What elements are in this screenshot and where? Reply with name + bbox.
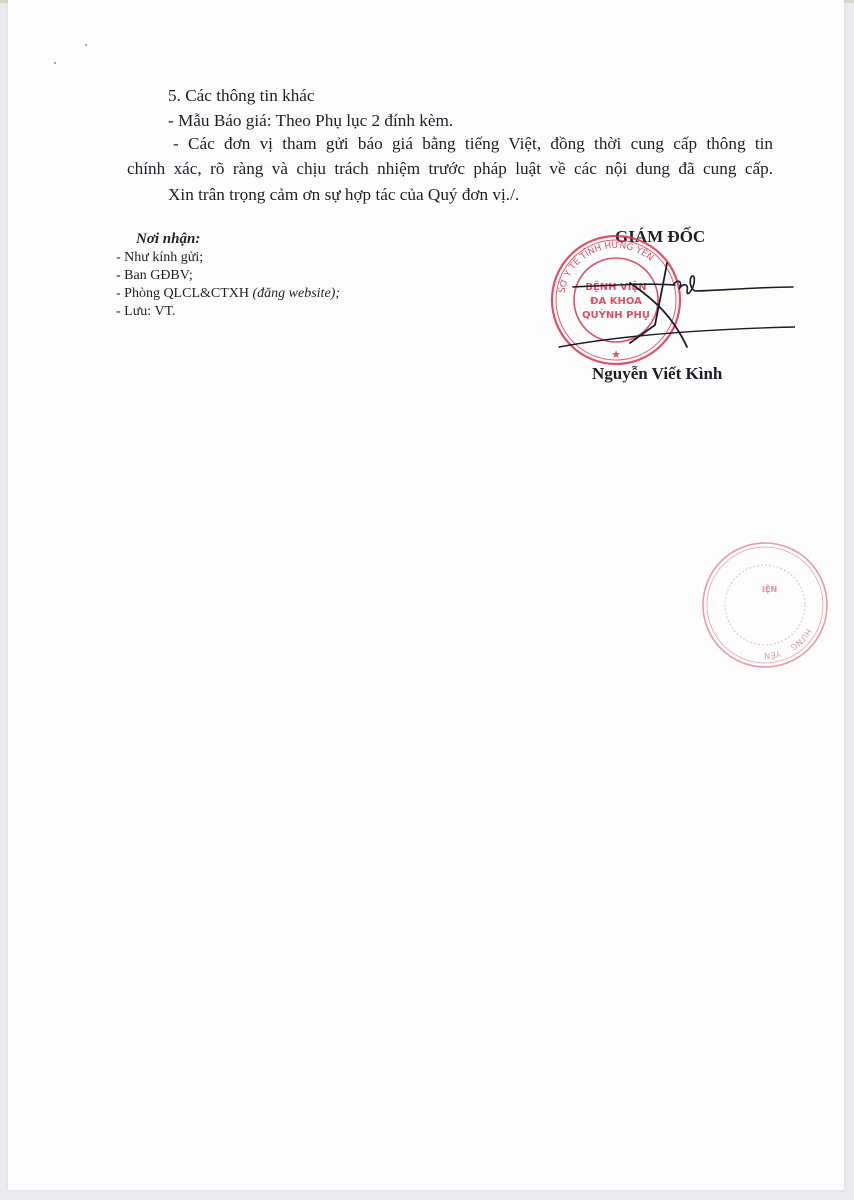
recipients-title: Nơi nhận:: [136, 231, 200, 248]
document-page: 5. Các thông tin khác - Mẫu Báo giá: The…: [8, 0, 844, 1190]
handwritten-signature-icon: [555, 255, 795, 365]
paragraph-language-line2: chính xác, rõ ràng và chịu trách nhiệm t…: [127, 159, 773, 179]
signer-name: Nguyễn Viết Kình: [592, 364, 722, 384]
scan-speck: [54, 62, 56, 64]
recipient-item: - Phòng QLCL&CTXH (đăng website);: [116, 285, 340, 302]
svg-text:IỆN: IỆN: [762, 584, 777, 594]
section-heading: 5. Các thông tin khác: [168, 86, 315, 106]
recipient-item: - Như kính gửi;: [116, 249, 203, 266]
recipient-item: - Ban GĐBV;: [116, 267, 193, 284]
svg-text:YÊN: YÊN: [764, 649, 783, 662]
paragraph-language-line1: - Các đơn vị tham gửi báo giá bằng tiếng…: [173, 134, 773, 154]
scan-speck: [85, 44, 87, 46]
paragraph-template: - Mẫu Báo giá: Theo Phụ lục 2 đính kèm.: [168, 111, 453, 131]
faded-stamp-imprint-icon: IỆN HƯNG YÊN: [700, 540, 830, 670]
recipient-item: - Lưu: VT.: [116, 303, 176, 320]
closing-thanks: Xin trân trọng cảm ơn sự hợp tác của Quý…: [168, 185, 519, 205]
